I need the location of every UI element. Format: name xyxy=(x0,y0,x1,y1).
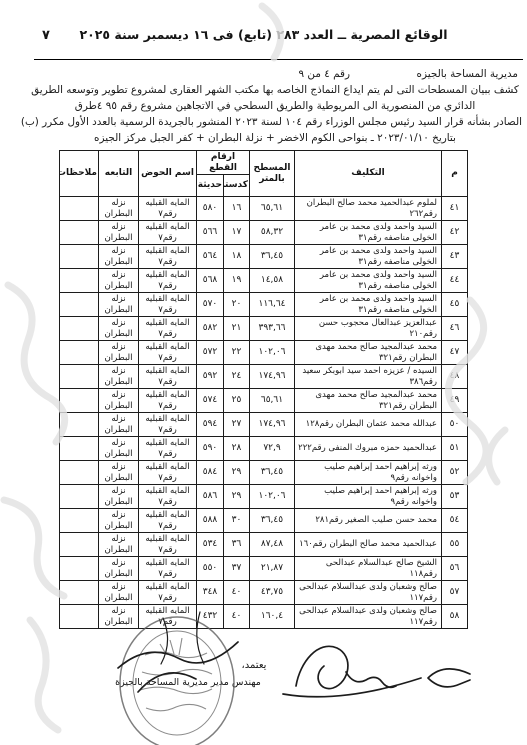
cell-assignment: لملوم عبدالحميد محمد صالح البطران رقم٢٦٢ xyxy=(295,197,442,221)
cell-serial: ٤١ xyxy=(442,197,468,221)
cell-cadastre: ٢٧ xyxy=(224,413,250,437)
cell-serial: ٤٦ xyxy=(442,317,468,341)
cell-district: نزله البطران xyxy=(99,197,139,221)
gazette-title: الوقائع المصرية ــ العدد ٢٨٣ (تابع) فى ١… xyxy=(75,27,452,42)
cell-cadastre: ٤٠ xyxy=(224,605,250,629)
cell-notes xyxy=(60,581,99,605)
cell-district: نزله البطران xyxy=(99,293,139,317)
cell-district: نزله البطران xyxy=(99,437,139,461)
cell-area: ٨٧,٤٨ xyxy=(250,533,295,557)
cell-notes xyxy=(60,437,99,461)
table-row: ٥٦الشيخ صالح عبدالسلام عبدالحى رقم١١٨٢١,… xyxy=(60,557,468,581)
cell-cadastre: ٣٠ xyxy=(224,509,250,533)
table-row: ٤٥السيد واحمد ولدى محمد بن عامر الخولى م… xyxy=(60,293,468,317)
cell-district: نزله البطران xyxy=(99,557,139,581)
cell-area: ١٦٠,٤ xyxy=(250,605,295,629)
cell-modern: ٥٩٢ xyxy=(197,365,224,389)
cell-notes xyxy=(60,341,99,365)
cell-basin: المايه القبليه رقم٧ xyxy=(139,269,197,293)
intro-line-3: الصادر بشأنه قرار السيد رئيس مجلس الوزرا… xyxy=(28,114,522,130)
cell-district: نزله البطران xyxy=(99,581,139,605)
cell-cadastre: ١٦ xyxy=(224,197,250,221)
header-area: المسطح بالمتر xyxy=(250,151,295,197)
table-row: ٤٢السيد واحمد ولدى محمد بن عامر الخولى م… xyxy=(60,221,468,245)
cell-modern: ٥٧٤ xyxy=(197,389,224,413)
table-row: ٥٠عبدالله محمد عثمان البطران رقم١٢٨١٧٤,٩… xyxy=(60,413,468,437)
cell-basin: المايه القبليه رقم٧ xyxy=(139,437,197,461)
table-row: ٤١لملوم عبدالحميد محمد صالح البطران رقم٢… xyxy=(60,197,468,221)
table-row: ٥٧صالح وشعبان ولدى عبدالسلام عبدالحى رقم… xyxy=(60,581,468,605)
cell-area: ٥٨,٣٢ xyxy=(250,221,295,245)
cell-district: نزله البطران xyxy=(99,605,139,629)
cell-notes xyxy=(60,533,99,557)
cell-assignment: عبدالحميد محمد صالح البطران رقم١٦٠ xyxy=(295,533,442,557)
cell-assignment: صالح وشعبان ولدى عبدالسلام عبدالحى رقم١١… xyxy=(295,605,442,629)
cell-basin: المايه القبليه رقم٧ xyxy=(139,245,197,269)
cell-area: ٦٥,٦١ xyxy=(250,197,295,221)
cell-area: ٣٦,٤٥ xyxy=(250,509,295,533)
header-basin: اسم الحوض xyxy=(139,151,197,197)
cell-cadastre: ٢٩ xyxy=(224,485,250,509)
cell-basin: المايه القبليه رقم٧ xyxy=(139,293,197,317)
cell-modern: ٥٦٦ xyxy=(197,221,224,245)
cell-serial: ٤٩ xyxy=(442,389,468,413)
cell-notes xyxy=(60,485,99,509)
cell-area: ٢١,٨٧ xyxy=(250,557,295,581)
cell-district: نزله البطران xyxy=(99,413,139,437)
header-plot-numbers: ارقام القطع xyxy=(197,151,250,175)
header-serial: م xyxy=(442,151,468,197)
intro-line-1: كشف ببيان المسطحات التى لم يتم ايداع الن… xyxy=(28,82,522,98)
cell-cadastre: ٢٠ xyxy=(224,293,250,317)
cell-area: ٣٦,٤٥ xyxy=(250,461,295,485)
cell-basin: المايه القبليه رقم٧ xyxy=(139,341,197,365)
intro-block: مديرية المساحة بالجيزه رقم ٤ من ٩ كشف بب… xyxy=(28,66,522,146)
cell-modern: ٣٤٨ xyxy=(197,581,224,605)
cell-serial: ٥٤ xyxy=(442,509,468,533)
cell-serial: ٥٥ xyxy=(442,533,468,557)
cell-assignment: ورثه إبراهيم احمد إبراهيم صليب واخوانه ر… xyxy=(295,461,442,485)
cell-notes xyxy=(60,413,99,437)
table-row: ٥١عبدالحميد حمزه مبروك المنفى رقم٢٢٢٧٢,٩… xyxy=(60,437,468,461)
table-row: ٤٦عبدالعزيز عبدالعال محجوب حسن رقم٢١٠٣٩٣… xyxy=(60,317,468,341)
cell-serial: ٤٣ xyxy=(442,245,468,269)
table-row: ٤٧محمد عبدالمجيد صالح محمد مهدى البطران … xyxy=(60,341,468,365)
cell-area: ٧٢,٩ xyxy=(250,437,295,461)
cell-modern: ٥٧٠ xyxy=(197,293,224,317)
directorate-name: مديرية المساحة بالجيزه xyxy=(417,66,518,82)
cell-serial: ٤٤ xyxy=(442,269,468,293)
approver-title: مهندس مدير مديرية المساحة بالجيزة xyxy=(104,677,272,688)
cell-modern: ٥٣٤ xyxy=(197,533,224,557)
cell-cadastre: ٣٦ xyxy=(224,533,250,557)
cell-notes xyxy=(60,365,99,389)
cell-modern: ٥٦٨ xyxy=(197,269,224,293)
cell-district: نزله البطران xyxy=(99,533,139,557)
table-row: ٥٤محمد حسن صليب الصغير رقم٢٨١٣٦,٤٥٣٠٥٨٨ا… xyxy=(60,509,468,533)
cell-assignment: الشيخ صالح عبدالسلام عبدالحى رقم١١٨ xyxy=(295,557,442,581)
cell-basin: المايه القبليه رقم٧ xyxy=(139,413,197,437)
cell-cadastre: ٢٥ xyxy=(224,389,250,413)
gazette-page: الوقائع المصرية ــ العدد ٢٨٣ (تابع) فى ١… xyxy=(0,0,527,745)
cell-cadastre: ١٨ xyxy=(224,245,250,269)
cell-assignment: السيد واحمد ولدى محمد بن عامر الخولى منا… xyxy=(295,293,442,317)
intro-row: مديرية المساحة بالجيزه رقم ٤ من ٩ xyxy=(28,66,522,82)
cell-area: ١١٦,٦٤ xyxy=(250,293,295,317)
cell-district: نزله البطران xyxy=(99,509,139,533)
table-row: ٥٢ورثه إبراهيم احمد إبراهيم صليب واخوانه… xyxy=(60,461,468,485)
cell-area: ١٧٤,٩٦ xyxy=(250,413,295,437)
table-row: ٤٤السيد واحمد ولدى محمد بن عامر الخولى م… xyxy=(60,269,468,293)
cell-area: ٣٦,٤٥ xyxy=(250,245,295,269)
cell-basin: المايه القبليه رقم٧ xyxy=(139,221,197,245)
cell-cadastre: ١٩ xyxy=(224,269,250,293)
cell-modern: ٥٥٠ xyxy=(197,557,224,581)
cell-serial: ٥٨ xyxy=(442,605,468,629)
cell-basin: المايه القبليه رقم٧ xyxy=(139,485,197,509)
cell-assignment: محمد عبدالمجيد صالح محمد مهدى البطران رق… xyxy=(295,389,442,413)
cell-notes xyxy=(60,557,99,581)
cell-cadastre: ٢٤ xyxy=(224,365,250,389)
table-row: ٤٩محمد عبدالمجيد صالح محمد مهدى البطران … xyxy=(60,389,468,413)
cell-modern: ٥٨٢ xyxy=(197,317,224,341)
header-cadastre: كدستر xyxy=(224,175,250,197)
cell-district: نزله البطران xyxy=(99,461,139,485)
header-notes: ملاحظات xyxy=(60,151,99,197)
cell-modern: ٥٨٦ xyxy=(197,485,224,509)
table-row: ٤٣السيد واحمد ولدى محمد بن عامر الخولى م… xyxy=(60,245,468,269)
cell-basin: المايه القبليه رقم٧ xyxy=(139,365,197,389)
cell-notes xyxy=(60,293,99,317)
cell-basin: المايه القبليه رقم٧ xyxy=(139,389,197,413)
intro-line-4: بتاريخ ٢٠٢٣/٠١/١٠ ـ بنواحى الكوم الاخضر … xyxy=(28,130,522,146)
cell-area: ١٠٢,٠٦ xyxy=(250,341,295,365)
cell-cadastre: ٢٨ xyxy=(224,437,250,461)
cell-modern: ٥٩٤ xyxy=(197,413,224,437)
cell-district: نزله البطران xyxy=(99,365,139,389)
cell-assignment: محمد عبدالمجيد صالح محمد مهدى البطران رق… xyxy=(295,341,442,365)
cell-assignment: السيده / عزيزه احمد سيد ابوبكر سعيد رقم٣… xyxy=(295,365,442,389)
cell-modern: ٥٦٤ xyxy=(197,245,224,269)
cell-area: ١٤,٥٨ xyxy=(250,269,295,293)
page-number: ٧ xyxy=(42,28,50,43)
cell-assignment: عبدالله محمد عثمان البطران رقم١٢٨ xyxy=(295,413,442,437)
cell-basin: المايه القبليه رقم٧ xyxy=(139,197,197,221)
cell-serial: ٥٠ xyxy=(442,413,468,437)
cell-serial: ٥٧ xyxy=(442,581,468,605)
cell-district: نزله البطران xyxy=(99,269,139,293)
table-row: ٤٨السيده / عزيزه احمد سيد ابوبكر سعيد رق… xyxy=(60,365,468,389)
header-assignment: التكليف xyxy=(295,151,442,197)
cell-serial: ٥١ xyxy=(442,437,468,461)
cell-assignment: السيد واحمد ولدى محمد بن عامر الخولى منا… xyxy=(295,221,442,245)
cell-basin: المايه القبليه رقم٧ xyxy=(139,461,197,485)
header-district: التابعه xyxy=(99,151,139,197)
cell-area: ٦٥,٦١ xyxy=(250,389,295,413)
cell-modern: ٤٣٢ xyxy=(197,605,224,629)
masthead-rule xyxy=(34,59,523,60)
cell-modern: ٥٧٢ xyxy=(197,341,224,365)
cell-assignment: صالح وشعبان ولدى عبدالسلام عبدالحى رقم١١… xyxy=(295,581,442,605)
cell-assignment: عبدالعزيز عبدالعال محجوب حسن رقم٢١٠ xyxy=(295,317,442,341)
intro-line-2: الدائري من المنصورية الى المريوطية والطر… xyxy=(28,98,522,114)
cell-notes xyxy=(60,245,99,269)
cell-assignment: عبدالحميد حمزه مبروك المنفى رقم٢٢٢ xyxy=(295,437,442,461)
cell-notes xyxy=(60,269,99,293)
cell-modern: ٥٨٨ xyxy=(197,509,224,533)
cell-cadastre: ١٧ xyxy=(224,221,250,245)
cell-assignment: السيد واحمد ولدى محمد بن عامر الخولى منا… xyxy=(295,269,442,293)
sheet-number: رقم ٤ من ٩ xyxy=(299,66,350,82)
cell-serial: ٥٢ xyxy=(442,461,468,485)
cell-assignment: ورثه إبراهيم احمد إبراهيم صليب واخوانه ر… xyxy=(295,485,442,509)
cell-notes xyxy=(60,605,99,629)
cell-area: ٣٩٣,٦٦ xyxy=(250,317,295,341)
approval-word: يعتمد، xyxy=(226,660,282,671)
cell-basin: المايه القبليه رقم٧ xyxy=(139,509,197,533)
table-row: ٥٨صالح وشعبان ولدى عبدالسلام عبدالحى رقم… xyxy=(60,605,468,629)
cell-cadastre: ٤٠ xyxy=(224,581,250,605)
cell-cadastre: ٢٩ xyxy=(224,461,250,485)
cell-serial: ٥٦ xyxy=(442,557,468,581)
cell-notes xyxy=(60,197,99,221)
cell-cadastre: ٢٢ xyxy=(224,341,250,365)
cell-area: ١٠٢,٠٦ xyxy=(250,485,295,509)
cell-serial: ٥٣ xyxy=(442,485,468,509)
cell-serial: ٤٢ xyxy=(442,221,468,245)
cell-serial: ٤٥ xyxy=(442,293,468,317)
cell-cadastre: ٢١ xyxy=(224,317,250,341)
cell-modern: ٥٩٠ xyxy=(197,437,224,461)
cell-serial: ٤٧ xyxy=(442,341,468,365)
cell-basin: المايه القبليه رقم٧ xyxy=(139,533,197,557)
cell-district: نزله البطران xyxy=(99,221,139,245)
cell-notes xyxy=(60,389,99,413)
cell-modern: ٥٨٠ xyxy=(197,197,224,221)
table-row: ٥٣ورثه إبراهيم احمد إبراهيم صليب واخوانه… xyxy=(60,485,468,509)
table-row: ٥٥عبدالحميد محمد صالح البطران رقم١٦٠٨٧,٤… xyxy=(60,533,468,557)
cell-notes xyxy=(60,221,99,245)
cell-modern: ٥٨٤ xyxy=(197,461,224,485)
survey-table: م التكليف المسطح بالمتر ارقام القطع اسم … xyxy=(59,150,468,629)
header-modern: حديثة xyxy=(197,175,224,197)
table-body: ٤١لملوم عبدالحميد محمد صالح البطران رقم٢… xyxy=(60,197,468,629)
cell-district: نزله البطران xyxy=(99,485,139,509)
cell-basin: المايه القبليه رقم٧ xyxy=(139,557,197,581)
cell-basin: المايه القبليه رقم٧ xyxy=(139,581,197,605)
cell-assignment: محمد حسن صليب الصغير رقم٢٨١ xyxy=(295,509,442,533)
cell-assignment: السيد واحمد ولدى محمد بن عامر الخولى منا… xyxy=(295,245,442,269)
cell-district: نزله البطران xyxy=(99,389,139,413)
cell-basin: المايه القبليه رقم٧ xyxy=(139,317,197,341)
cell-district: نزله البطران xyxy=(99,317,139,341)
cell-notes xyxy=(60,317,99,341)
cell-notes xyxy=(60,461,99,485)
cell-basin: المايه القبليه رقم٧ xyxy=(139,605,197,629)
cell-notes xyxy=(60,509,99,533)
cell-district: نزله البطران xyxy=(99,341,139,365)
cell-district: نزله البطران xyxy=(99,245,139,269)
cell-serial: ٤٨ xyxy=(442,365,468,389)
cell-cadastre: ٣٧ xyxy=(224,557,250,581)
cell-area: ١٧٤,٩٦ xyxy=(250,365,295,389)
cell-area: ٤٣,٧٥ xyxy=(250,581,295,605)
